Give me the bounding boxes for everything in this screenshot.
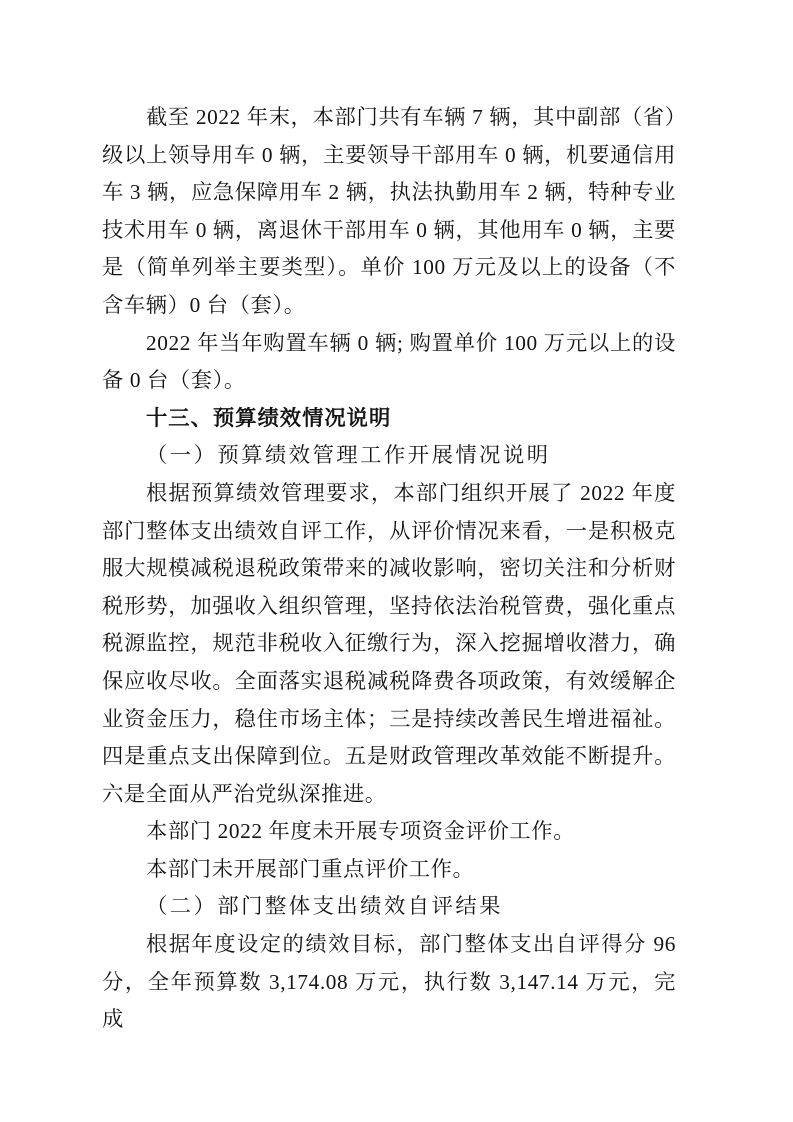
body-paragraph: 截至 2022 年末，本部门共有车辆 7 辆，其中副部（省）级以上领导用车 0 …: [102, 99, 676, 325]
body-paragraph: 本部门未开展部门重点评价工作。: [102, 851, 676, 889]
body-paragraph: 根据预算绩效管理要求，本部门组织开展了 2022 年度部门整体支出绩效自评工作，…: [102, 475, 676, 813]
section-heading: 十三、预算绩效情况说明: [102, 400, 676, 438]
subsection-heading: （一）预算绩效管理工作开展情况说明: [102, 437, 676, 475]
body-paragraph: 2022 年当年购置车辆 0 辆; 购置单价 100 万元以上的设备 0 台（套…: [102, 325, 676, 400]
body-paragraph: 根据年度设定的绩效目标，部门整体支出自评得分 96 分，全年预算数 3,174.…: [102, 926, 676, 1039]
subsection-heading: （二）部门整体支出绩效自评结果: [102, 888, 676, 926]
body-paragraph: 本部门 2022 年度未开展专项资金评价工作。: [102, 813, 676, 851]
document-page: 截至 2022 年末，本部门共有车辆 7 辆，其中副部（省）级以上领导用车 0 …: [0, 0, 793, 1122]
document-body: 截至 2022 年末，本部门共有车辆 7 辆，其中副部（省）级以上领导用车 0 …: [102, 99, 676, 1039]
